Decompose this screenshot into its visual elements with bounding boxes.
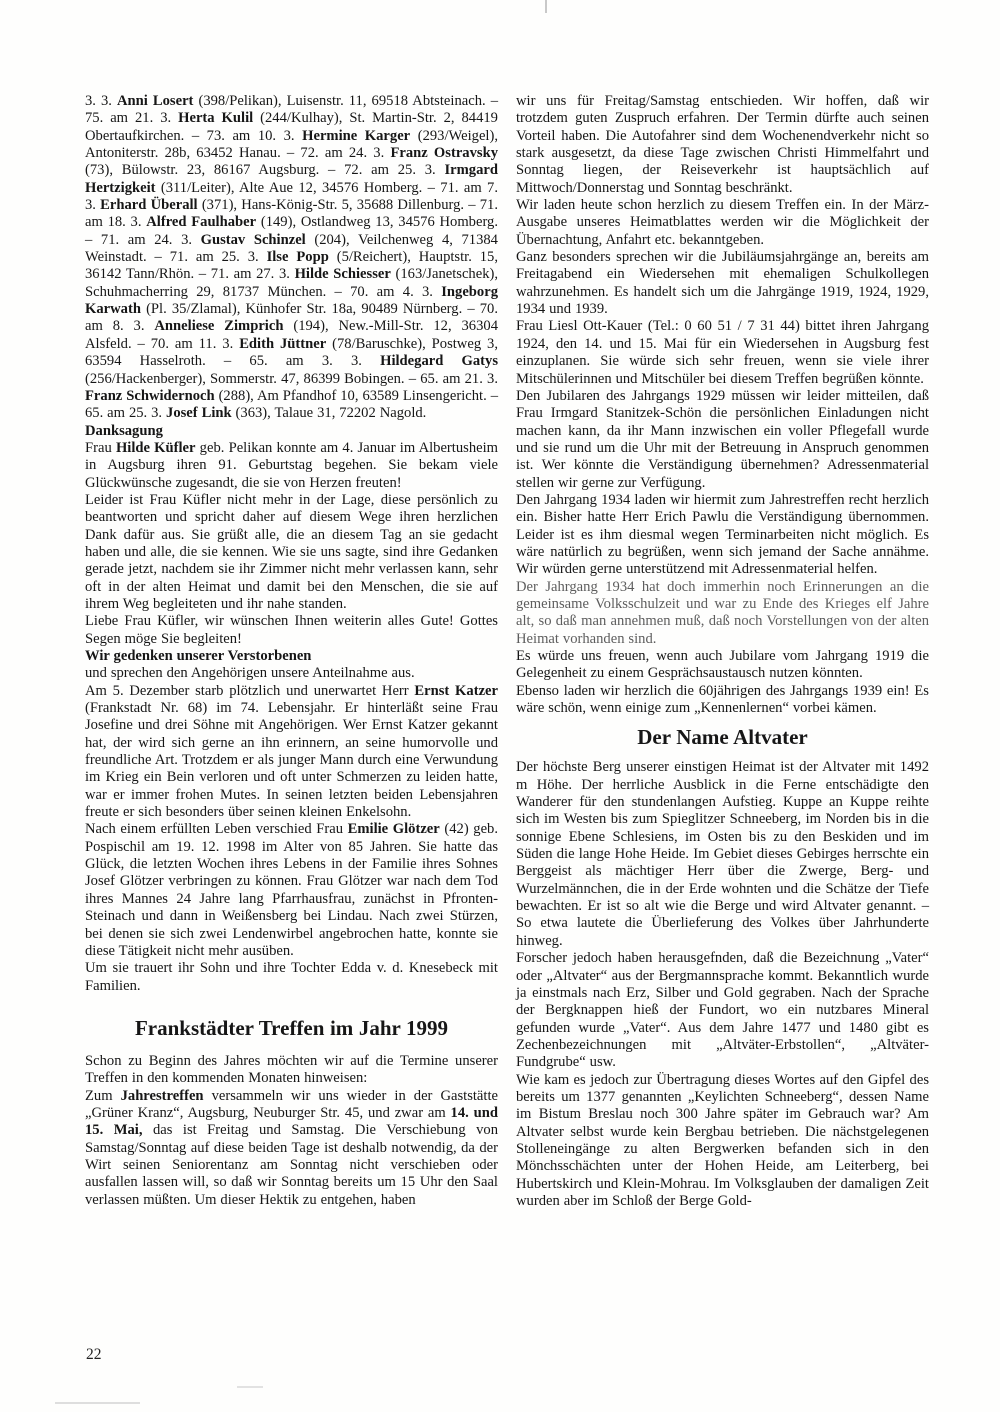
altvater-paragraph: Forscher jedoch haben herausgefnden, daß… [516, 950, 929, 1071]
jahrgang-1924-paragraph: Frau Liesl Ott-Kauer (Tel.: 0 60 51 / 7 … [516, 318, 929, 387]
verstorbene-paragraph: und sprechen den Angehörigen unsere Ante… [85, 665, 498, 682]
altvater-paragraph: Der höchste Berg unserer einstigen Heima… [516, 759, 929, 950]
altvater-paragraph: Wie kam es jedoch zur Übertragung dieses… [516, 1072, 929, 1211]
left-column: 3. 3. Anni Losert (398/Pelikan), Luisens… [85, 93, 498, 1210]
treffen-paragraph: Wir laden heute schon herzlich zu diesem… [516, 197, 929, 249]
verstorbene-paragraph: Nach einem erfüllten Leben verschied Fra… [85, 821, 498, 960]
danksagung-paragraph: Frau Hilde Küfler geb. Pelikan konnte am… [85, 440, 498, 492]
scan-artifact [55, 1402, 140, 1404]
treffen-continuation-paragraph: wir uns für Freitag/Samstag entschieden.… [516, 93, 929, 197]
birthday-list-paragraph: 3. 3. Anni Losert (398/Pelikan), Luisens… [85, 93, 498, 423]
jahrgang-1919-paragraph: Es würde uns freuen, wenn auch Jubilare … [516, 648, 929, 683]
altvater-heading: Der Name Altvater [516, 725, 929, 749]
treffen-paragraph: Zum Jahrestreffen versammeln wir uns wie… [85, 1088, 498, 1209]
newsletter-page: 3. 3. Anni Losert (398/Pelikan), Luisens… [0, 0, 1000, 1412]
jahrgang-1939-paragraph: Ebenso laden wir herzlich die 60jährigen… [516, 683, 929, 718]
page-number: 22 [86, 1346, 102, 1364]
danksagung-paragraph: Liebe Frau Küfler, wir wünschen Ihnen we… [85, 613, 498, 648]
jahrgang-1934-paragraph: Den Jahrgang 1934 laden wir hiermit zum … [516, 492, 929, 579]
danksagung-paragraph: Leider ist Frau Küfler nicht mehr in der… [85, 492, 498, 613]
jahrgang-1929-paragraph: Den Jubilaren des Jahrgangs 1929 müssen … [516, 388, 929, 492]
jahrgang-1934-memories-paragraph: Der Jahrgang 1934 hat doch immerhin noch… [516, 579, 929, 648]
verstorbene-heading: Wir gedenken unserer Verstorbenen [85, 648, 498, 665]
scan-artifact [545, 0, 547, 13]
right-column: wir uns für Freitag/Samstag entschieden.… [516, 93, 929, 1210]
treffen-1999-heading: Frankstädter Treffen im Jahr 1999 [85, 1016, 498, 1040]
two-column-layout: 3. 3. Anni Losert (398/Pelikan), Luisens… [85, 93, 929, 1210]
verstorbene-paragraph: Um sie trauert ihr Sohn und ihre Tochter… [85, 960, 498, 995]
treffen-paragraph: Schon zu Beginn des Jahres möchten wir a… [85, 1053, 498, 1088]
scan-artifact [237, 1386, 263, 1388]
verstorbene-paragraph: Am 5. Dezember starb plötzlich und unerw… [85, 683, 498, 822]
danksagung-heading: Danksagung [85, 423, 498, 440]
treffen-paragraph: Ganz besonders sprechen wir die Jubiläum… [516, 249, 929, 318]
